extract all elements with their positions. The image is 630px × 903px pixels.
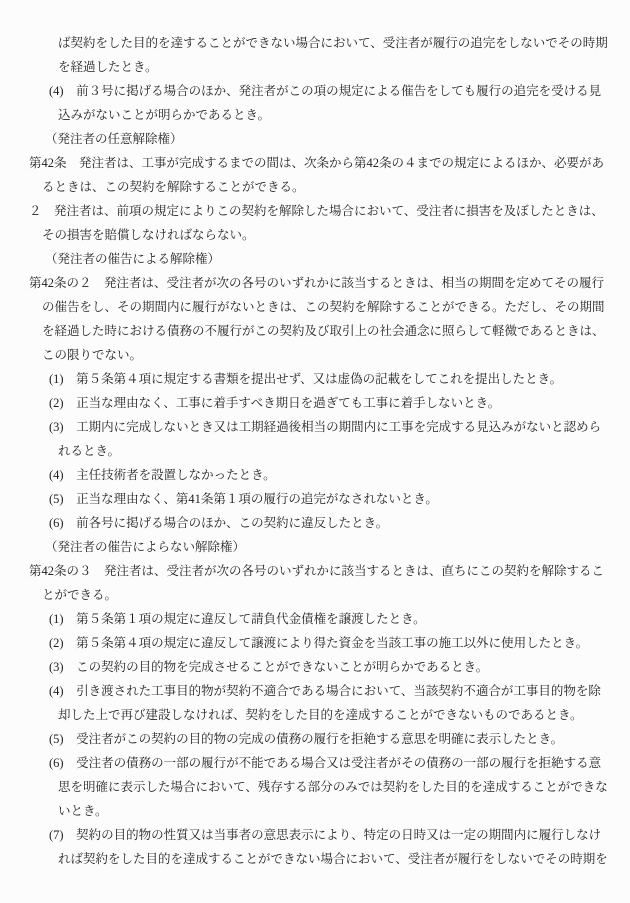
document-line: 込みがないことが明らかであるとき。 <box>0 103 630 127</box>
document-line: （発注者の催告によらない解除権） <box>0 535 630 559</box>
document-line: を経過した時における債務の不履行がこの契約及び取引上の社会通念に照らして軽微であ… <box>0 319 630 343</box>
document-body: ば契約をした目的を達することができない場合において、受注者が履行の追完をしないで… <box>0 31 630 871</box>
document-line: (5) 正当な理由なく、第41条第１項の履行の追完がなされないとき。 <box>0 487 630 511</box>
contract-document-page: ば契約をした目的を達することができない場合において、受注者が履行の追完をしないで… <box>0 0 630 903</box>
document-line: 第42条 発注者は、工事が完成するまでの間は、次条から第42条の４までの規定によ… <box>0 151 630 175</box>
document-line: (5) 受注者がこの契約の目的物の完成の債務の履行を拒絶する意思を明確に表示した… <box>0 727 630 751</box>
document-line: 第42条の３ 発注者は、受注者が次の各号のいずれかに該当するときは、直ちにこの契… <box>0 559 630 583</box>
document-line: (2) 正当な理由なく、工事に着手すべき期日を過ぎても工事に着手しないとき。 <box>0 391 630 415</box>
document-line: いとき。 <box>0 799 630 823</box>
document-line: (4) 主任技術者を設置しなかったとき。 <box>0 463 630 487</box>
document-line: とができる。 <box>0 583 630 607</box>
document-line: 第42条の２ 発注者は、受注者が次の各号のいずれかに該当するときは、相当の期間を… <box>0 271 630 295</box>
document-line: (1) 第５条第４項に規定する書類を提出せず、又は虚偽の記載をしてこれを提出した… <box>0 367 630 391</box>
document-line: を経過したとき。 <box>0 55 630 79</box>
document-line: れば契約をした目的を達成することができない場合において、受注者が履行をしないでそ… <box>0 847 630 871</box>
document-line: ２ 発注者は、前項の規定によりこの契約を解除した場合において、受注者に損害を及ぼ… <box>0 199 630 223</box>
document-line: (4) 前３号に掲げる場合のほか、発注者がこの項の規定による催告をしても履行の追… <box>0 79 630 103</box>
document-line: 却した上で再び建設しなければ、契約をした目的を達成することができないものであると… <box>0 703 630 727</box>
document-line: (4) 引き渡された工事目的物が契約不適合である場合において、当該契約不適合が工… <box>0 679 630 703</box>
document-line: るときは、この契約を解除することができる。 <box>0 175 630 199</box>
document-line: (6) 前各号に掲げる場合のほか、この契約に違反したとき。 <box>0 511 630 535</box>
document-line: (6) 受注者の債務の一部の履行が不能である場合又は受注者がその債務の一部の履行… <box>0 751 630 775</box>
document-line: その損害を賠償しなければならない。 <box>0 223 630 247</box>
document-line: (7) 契約の目的物の性質又は当事者の意思表示により、特定の日時又は一定の期間内… <box>0 823 630 847</box>
document-line: (1) 第５条第１項の規定に違反して請負代金債権を譲渡したとき。 <box>0 607 630 631</box>
document-line: （発注者の催告による解除権） <box>0 247 630 271</box>
document-line: (2) 第５条第４項の規定に違反して譲渡により得た資金を当該工事の施工以外に使用… <box>0 631 630 655</box>
document-line: 思を明確に表示した場合において、残存する部分のみでは契約をした目的を達成すること… <box>0 775 630 799</box>
document-line: の催告をし、その期間内に履行がないときは、この契約を解除することができる。ただし… <box>0 295 630 319</box>
document-line: ば契約をした目的を達することができない場合において、受注者が履行の追完をしないで… <box>0 31 630 55</box>
document-line: この限りでない。 <box>0 343 630 367</box>
document-line: （発注者の任意解除権） <box>0 127 630 151</box>
document-line: れるとき。 <box>0 439 630 463</box>
document-line: (3) 工期内に完成しないとき又は工期経過後相当の期間内に工事を完成する見込みが… <box>0 415 630 439</box>
document-line: (3) この契約の目的物を完成させることができないことが明らかであるとき。 <box>0 655 630 679</box>
